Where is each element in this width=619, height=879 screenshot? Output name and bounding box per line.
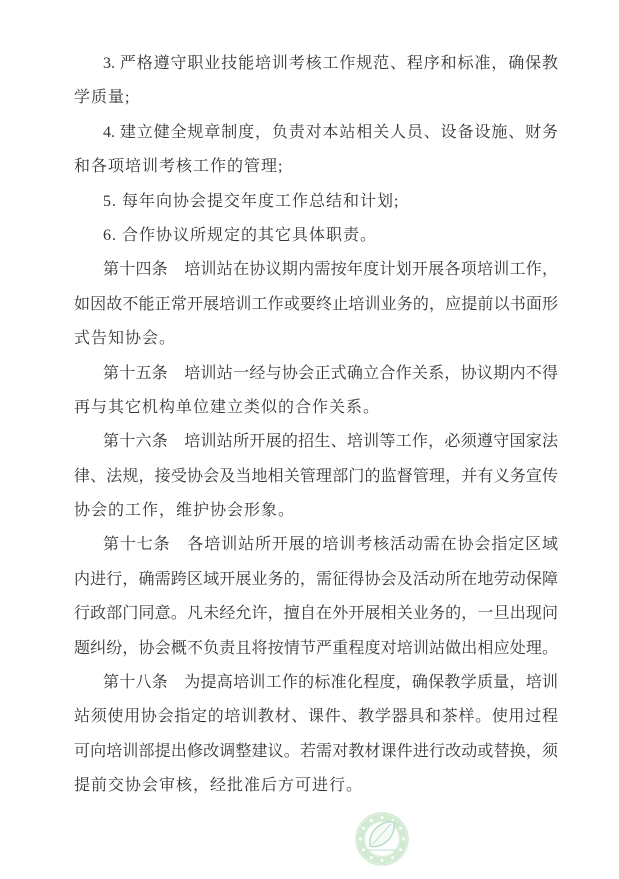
text-line: 第十五条 培训站一经与协会正式确立合作关系，协议期内不得	[74, 357, 558, 391]
text-line: 和各项培训考核工作的管理;	[74, 150, 558, 184]
text-line: 如因故不能正常开展培训工作或要终止培训业务的，应提前以书面形	[74, 288, 558, 322]
text-line: 协会的工作，维护协会形象。	[74, 494, 558, 528]
text-line: 学质量;	[74, 81, 558, 115]
text-line: 4. 建立健全规章制度，负责对本站相关人员、设备设施、财务	[74, 116, 558, 150]
text-line: 提前交协会审核，经批准后方可进行。	[74, 769, 558, 803]
text-line: 第十七条 各培训站所开展的培训考核活动需在协会指定区域	[74, 528, 558, 562]
text-line: 3. 严格遵守职业技能培训考核工作规范、程序和标准，确保教	[74, 47, 558, 81]
text-line: 5. 每年向协会提交年度工作总结和计划;	[74, 185, 558, 219]
text-line: 可向培训部提出修改调整建议。若需对教材课件进行改动或替换，须	[74, 735, 558, 769]
text-line: 式告知协会。	[74, 322, 558, 356]
text-line: 内进行，确需跨区域开展业务的，需征得协会及活动所在地劳动保障	[74, 563, 558, 597]
text-line: 站须使用协会指定的培训教材、课件、教学器具和茶样。使用过程中，	[74, 700, 558, 734]
text-line: 题纠纷，协会概不负责且将按情节严重程度对培训站做出相应处理。	[74, 632, 558, 666]
text-line: 行政部门同意。凡未经允许，擅自在外开展相关业务的，一旦出现问	[74, 597, 558, 631]
document-body: 3. 严格遵守职业技能培训考核工作规范、程序和标准，确保教 学质量; 4. 建立…	[74, 47, 558, 804]
text-line: 律、法规，接受协会及当地相关管理部门的监督管理，并有义务宣传	[74, 460, 558, 494]
text-line: 6. 合作协议所规定的其它具体职责。	[74, 219, 558, 253]
document-page: 3. 严格遵守职业技能培训考核工作规范、程序和标准，确保教 学质量; 4. 建立…	[0, 0, 619, 879]
text-line: 第十四条 培训站在协议期内需按年度计划开展各项培训工作，	[74, 253, 558, 287]
text-line: 第十八条 为提高培训工作的标准化程度，确保教学质量，培训	[74, 666, 558, 700]
leaf-seal-icon	[354, 811, 410, 867]
text-line: 第十六条 培训站所开展的招生、培训等工作，必须遵守国家法	[74, 425, 558, 459]
text-line: 再与其它机构单位建立类似的合作关系。	[74, 391, 558, 425]
